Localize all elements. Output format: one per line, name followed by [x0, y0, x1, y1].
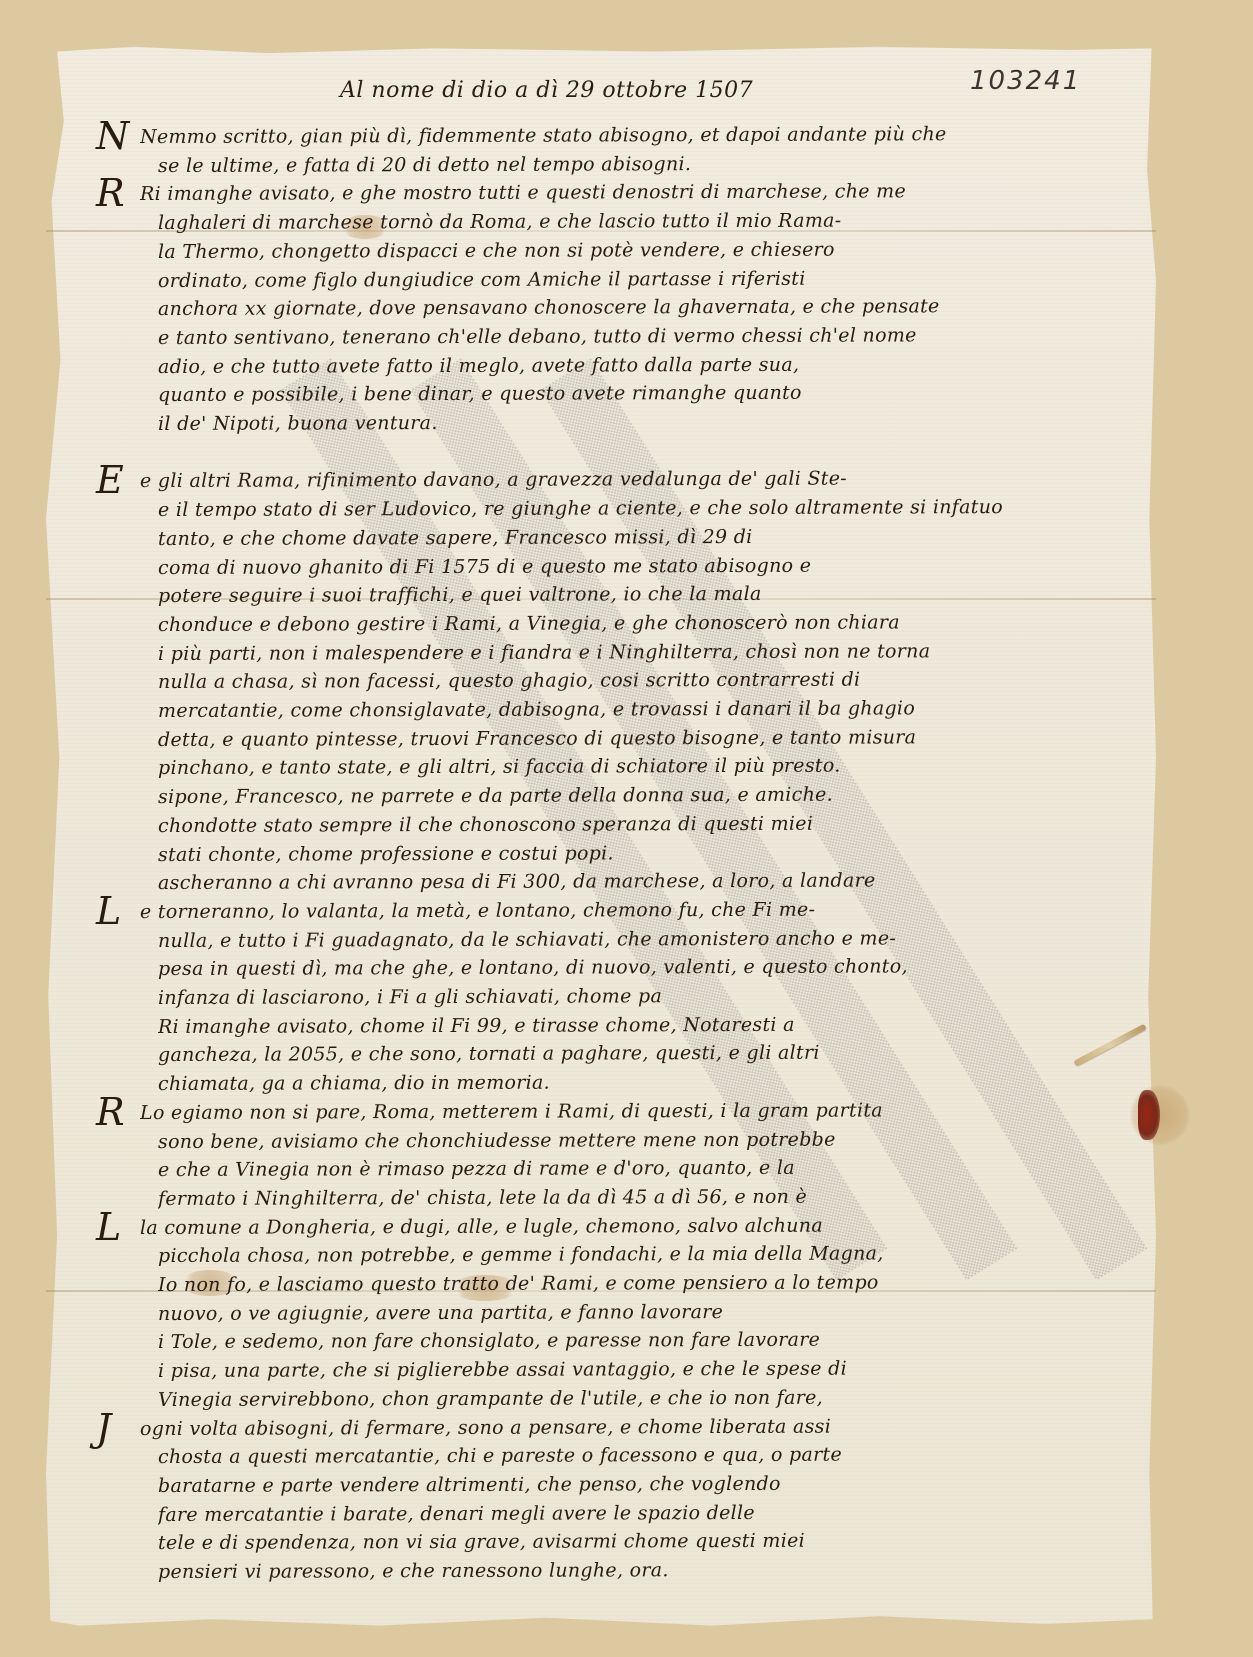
manuscript-line: e torneranno, lo valanta, la metà, e lon… — [140, 899, 815, 923]
manuscript-line: Ri imanghe avisato, e ghe mostro tutti e… — [140, 181, 906, 206]
catalog-number: 103241 — [970, 66, 1081, 96]
manuscript-line: chondotte stato sempre il che chonoscono… — [158, 813, 813, 837]
manuscript-line: baratarne e parte vendere altrimenti, ch… — [158, 1473, 781, 1497]
manuscript-line: pesa in questi dì, ma che ghe, e lontano… — [158, 956, 908, 981]
manuscript-line: anchora xx giornate, dove pensavano chon… — [158, 295, 940, 320]
manuscript-line: detta, e quanto pintesse, truovi Frances… — [158, 726, 916, 751]
manuscript-line: Lo egiamo non si pare, Roma, metterem i … — [140, 1099, 883, 1124]
manuscript-line: Ri imanghe avisato, chome il Fi 99, e ti… — [158, 1013, 795, 1037]
manuscript-line: picchola chosa, non potrebbe, e gemme i … — [158, 1243, 884, 1268]
manuscript-line: Vinegia servirebbono, chon grampante de … — [158, 1386, 823, 1410]
margin-initial: L — [96, 1205, 121, 1249]
manuscript-line: chonduce e debono gestire i Rami, a Vine… — [158, 611, 900, 636]
manuscript-line: e gli altri Rama, rifinimento davano, a … — [140, 468, 847, 492]
margin-initial: N — [96, 114, 129, 158]
manuscript-line: la comune a Dongheria, e dugi, alle, e l… — [140, 1214, 823, 1238]
margin-initial: E — [96, 458, 124, 502]
manuscript-line: il de' Nipoti, buona ventura. — [158, 412, 438, 435]
manuscript-line: coma di nuovo ghanito di Fi 1575 di e qu… — [158, 554, 811, 578]
manuscript-line: nulla, e tutto i Fi guadagnato, da le sc… — [158, 927, 896, 952]
margin-initial: R — [96, 171, 125, 215]
manuscript-line: laghaleri di marchese tornò da Roma, e c… — [158, 210, 842, 234]
manuscript-line: ordinato, come figlo dungiudice com Amic… — [158, 267, 806, 291]
manuscript-line: i pisa, una parte, che si piglierebbe as… — [158, 1358, 847, 1382]
manuscript-line: tele e di spendenza, non vi sia grave, a… — [158, 1530, 805, 1554]
manuscript-line: stati chonte, chome professione e costui… — [158, 842, 614, 866]
margin-initial: J — [96, 1406, 111, 1450]
manuscript-line: ogni volta abisogni, di fermare, sono a … — [140, 1415, 831, 1439]
manuscript-line: mercatantie, come chonsiglavate, dabisog… — [158, 697, 915, 722]
manuscript-line: i Tole, e sedemo, non fare chonsiglato, … — [158, 1329, 820, 1353]
wax-seal-remnant — [1138, 1090, 1160, 1140]
manuscript-line: i più parti, non i malespendere e i fian… — [158, 640, 930, 665]
manuscript-line: Nemmo scritto, gian più dì, fidemmente s… — [140, 123, 947, 148]
manuscript-line: chosta a questi mercatantie, chi e pares… — [158, 1444, 842, 1468]
manuscript-line: sipone, Francesco, ne parrete e da parte… — [158, 784, 833, 808]
manuscript-line: se le ultime, e fatta di 20 di detto nel… — [158, 153, 691, 177]
letter-heading: Al nome di dio a dì 29 ottobre 1507 — [340, 78, 753, 103]
manuscript-line: gancheza, la 2055, e che sono, tornati a… — [158, 1042, 820, 1066]
manuscript-line: e che a Vinegia non è rimaso pezza di ra… — [158, 1157, 795, 1181]
manuscript-line: quanto e possibile, i bene dinar, e ques… — [158, 382, 802, 406]
manuscript-line: e il tempo stato di ser Ludovico, re giu… — [158, 496, 1003, 521]
manuscript-line: infanza di lasciarono, i Fi a gli schiav… — [158, 985, 662, 1009]
manuscript-line: adio, e che tutto avete fatto il meglo, … — [158, 353, 799, 377]
manuscript-line: chiamata, ga a chiama, dio in memoria. — [158, 1072, 550, 1095]
margin-initial: L — [96, 889, 121, 933]
manuscript-line: tanto, e che chome davate sapere, France… — [158, 526, 753, 550]
margin-initial: R — [96, 1090, 125, 1134]
manuscript-line: Io non fo, e lasciamo questo tratto de' … — [158, 1271, 879, 1296]
manuscript-line: la Thermo, chongetto dispacci e che non … — [158, 238, 835, 262]
manuscript-line: fermato i Ninghilterra, de' chista, lete… — [158, 1186, 807, 1210]
manuscript-line: sono bene, avisiamo che chonchiudesse me… — [158, 1128, 836, 1152]
manuscript-line: e tanto sentivano, tenerano ch'elle deba… — [158, 324, 917, 349]
manuscript-line: ascheranno a chi avranno pesa di Fi 300,… — [158, 870, 876, 895]
manuscript-line: pinchano, e tanto state, e gli altri, si… — [158, 755, 841, 779]
manuscript-line: potere seguire i suoi traffichi, e quei … — [158, 583, 762, 607]
manuscript-line: fare mercatantie i barate, denari megli … — [158, 1502, 755, 1526]
manuscript-line: pensieri vi paressono, e che ranessono l… — [158, 1559, 669, 1583]
manuscript-line: nuovo, o ve agiugnie, avere una partita,… — [158, 1301, 723, 1325]
manuscript-line: nulla a chasa, sì non facessi, questo gh… — [158, 669, 860, 693]
